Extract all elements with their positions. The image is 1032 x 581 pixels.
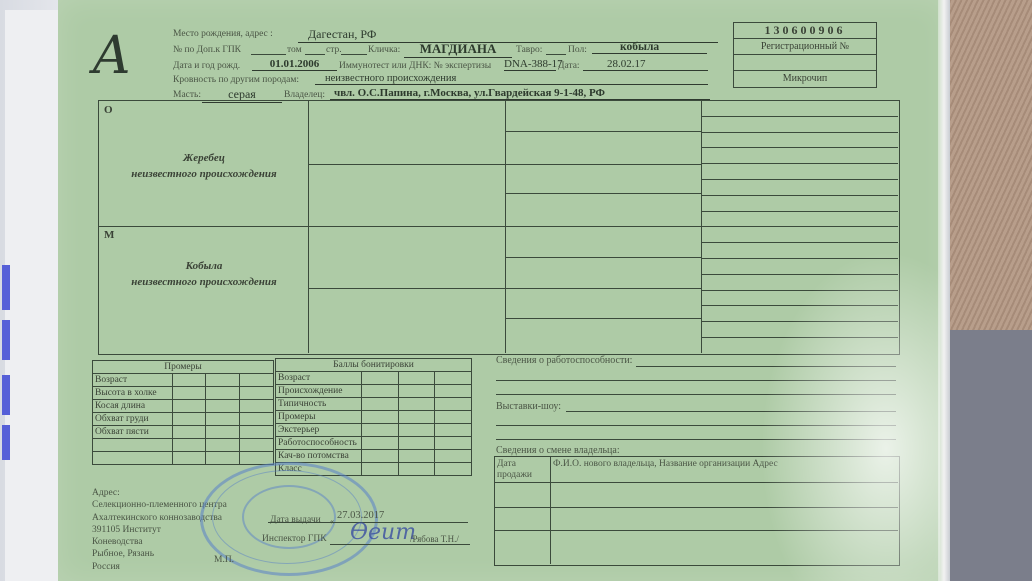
value-cell[interactable] xyxy=(362,437,399,450)
value-cell[interactable] xyxy=(362,424,399,437)
row-label: Типичность xyxy=(276,398,362,411)
value-cell[interactable] xyxy=(240,400,274,413)
grid-divider xyxy=(505,164,701,165)
table-row: Обхват пясти xyxy=(93,426,274,439)
grid-divider xyxy=(505,131,701,132)
table-row: Кач-во потомства xyxy=(276,450,472,463)
table-row: Промеры xyxy=(276,411,472,424)
blood-label: Кровность по другим породам: xyxy=(173,75,299,85)
blue-mark xyxy=(2,375,10,415)
measurements-title: Промеры xyxy=(93,361,274,374)
value-cell[interactable] xyxy=(206,374,240,387)
page-label: стр. xyxy=(326,45,342,55)
value-cell[interactable] xyxy=(435,398,472,411)
brand-label: Тавро: xyxy=(516,45,542,55)
address-line: Россия xyxy=(92,561,227,573)
birthplace-label: Место рождения, адрес : xyxy=(173,29,273,39)
value-cell[interactable] xyxy=(206,413,240,426)
measurements-table: Промеры ВозрастВысота в холкеКосая длина… xyxy=(92,360,274,465)
dna-value: DNA-388-17 xyxy=(504,58,556,71)
value-cell[interactable] xyxy=(362,385,399,398)
grid-divider xyxy=(505,288,701,289)
value-cell[interactable] xyxy=(435,411,472,424)
seal-label: М.П. xyxy=(214,555,234,565)
ownership-divider xyxy=(550,456,551,564)
value-cell[interactable] xyxy=(435,463,472,476)
value-cell[interactable] xyxy=(362,411,399,424)
grid-divider xyxy=(505,193,701,194)
value-cell[interactable] xyxy=(398,411,435,424)
sire-type: Жеребец xyxy=(100,150,308,166)
microchip-label: Микрочип xyxy=(734,71,876,86)
new-owner-header: Ф.И.О. нового владельца, Название органи… xyxy=(553,459,793,470)
issue-date-label: Дата выдачи xyxy=(270,515,321,525)
signature-icon: Ѳеит xyxy=(350,520,416,545)
value-cell[interactable] xyxy=(398,385,435,398)
dam-letter: М xyxy=(104,229,114,241)
horse-name: МАГДИАНА xyxy=(404,41,512,58)
sire-origin: неизвестного происхождения xyxy=(100,166,308,182)
blue-mark xyxy=(2,425,10,460)
table-row: Работоспособность xyxy=(276,437,472,450)
sex-label: Пол: xyxy=(568,45,587,55)
registration-box: 130600906 Регистрационный № Микрочип xyxy=(733,22,877,88)
value-cell[interactable] xyxy=(398,437,435,450)
value-cell[interactable] xyxy=(398,398,435,411)
dna-label: Иммунотест или ДНК: № экспертизы xyxy=(339,61,491,71)
value-cell[interactable] xyxy=(398,372,435,385)
blue-mark xyxy=(2,320,10,360)
value-cell[interactable] xyxy=(172,413,206,426)
grid-divider xyxy=(701,163,898,164)
value-cell[interactable] xyxy=(362,450,399,463)
sire-letter: О xyxy=(104,104,113,116)
value-cell[interactable] xyxy=(362,398,399,411)
value-cell[interactable] xyxy=(206,452,240,465)
dam-type: Кобыла xyxy=(100,258,308,274)
color-label: Масть: xyxy=(173,90,201,100)
scores-title: Баллы бонитировки xyxy=(276,359,472,372)
table-row: Происхождение xyxy=(276,385,472,398)
value-cell[interactable] xyxy=(240,439,274,452)
row-label: Возраст xyxy=(276,372,362,385)
table-row xyxy=(93,452,274,465)
owner-value: чвл. О.С.Папина, г.Москва, ул.Гвардейска… xyxy=(330,87,710,100)
shows-label: Выставки-шоу: xyxy=(496,401,561,412)
value-cell[interactable] xyxy=(206,426,240,439)
name-label: Кличка: xyxy=(368,45,400,55)
grid-divider xyxy=(505,257,701,258)
table-row: Возраст xyxy=(276,372,472,385)
value-cell[interactable] xyxy=(240,413,274,426)
sire-entry: Жеребец неизвестного происхождения xyxy=(100,150,308,182)
logo-icon: А xyxy=(92,30,131,82)
row-label xyxy=(93,439,173,452)
grid-divider xyxy=(701,211,898,212)
grid-divider xyxy=(701,116,898,117)
value-cell[interactable] xyxy=(435,372,472,385)
volume-label: том xyxy=(287,45,302,55)
value-cell[interactable] xyxy=(172,400,206,413)
value-cell[interactable] xyxy=(362,372,399,385)
row-label: Экстерьер xyxy=(276,424,362,437)
owner-label: Владелец: xyxy=(284,90,325,100)
registration-number: 130600906 xyxy=(734,23,876,39)
performance-label: Сведения о работоспособности: xyxy=(496,355,632,366)
row-label: Косая длина xyxy=(93,400,173,413)
background-shadow xyxy=(945,330,1032,581)
row-label: Высота в холке xyxy=(93,387,173,400)
value-cell[interactable] xyxy=(240,374,274,387)
row-label: Обхват груди xyxy=(93,413,173,426)
sex-value: кобыла xyxy=(592,41,707,54)
row-label: Возраст xyxy=(93,374,173,387)
value-cell[interactable] xyxy=(398,450,435,463)
value-cell[interactable] xyxy=(240,387,274,400)
date-value: 28.02.17 xyxy=(583,58,708,71)
address-line: Рыбное, Рязань xyxy=(92,548,227,560)
table-row: Возраст xyxy=(93,374,274,387)
value-cell[interactable] xyxy=(362,463,399,476)
table-row: Косая длина xyxy=(93,400,274,413)
gpk-label: № по Доп.к ГПК xyxy=(173,45,241,55)
brand-field xyxy=(546,54,566,55)
value-cell[interactable] xyxy=(206,400,240,413)
grid-divider xyxy=(701,132,898,133)
value-cell[interactable] xyxy=(398,424,435,437)
grid-divider xyxy=(701,179,898,180)
inspector-name: /Рябова Т.Н./ xyxy=(410,534,459,544)
grid-divider xyxy=(308,164,505,165)
value-cell[interactable] xyxy=(435,424,472,437)
grid-divider xyxy=(505,318,701,319)
inspector-label: Инспектор ГПК xyxy=(262,534,327,544)
date-label: Дата: xyxy=(558,61,580,71)
value-cell[interactable] xyxy=(398,463,435,476)
table-row: Экстерьер xyxy=(276,424,472,437)
plastic-sleeve xyxy=(5,10,65,581)
value-cell[interactable] xyxy=(240,426,274,439)
grid-divider xyxy=(701,147,898,148)
grid-divider xyxy=(701,242,898,243)
scores-table: Баллы бонитировки ВозрастПроисхождениеТи… xyxy=(275,358,472,476)
table-row: Обхват груди xyxy=(93,413,274,426)
row-label: Кач-во потомства xyxy=(276,450,362,463)
value-cell[interactable] xyxy=(435,450,472,463)
grid-divider xyxy=(308,288,505,289)
birthdate-label: Дата и год рожд. xyxy=(173,61,240,71)
microchip-value xyxy=(734,55,876,71)
glare xyxy=(760,250,940,581)
grid-divider xyxy=(701,226,898,227)
page-field xyxy=(341,54,367,55)
value-cell[interactable] xyxy=(435,385,472,398)
blood-value: неизвестного происхождения xyxy=(315,73,708,85)
dam-origin: неизвестного происхождения xyxy=(100,274,308,290)
value-cell[interactable] xyxy=(435,437,472,450)
ownership-title: Сведения о смене владельца: xyxy=(496,445,620,456)
birthdate-value: 01.01.2006 xyxy=(252,58,337,71)
sale-date-header: Дата продажи xyxy=(497,459,547,481)
volume-field xyxy=(305,54,325,55)
row-label xyxy=(93,452,173,465)
value-cell[interactable] xyxy=(206,387,240,400)
value-cell[interactable] xyxy=(172,452,206,465)
value-cell[interactable] xyxy=(172,387,206,400)
table-row xyxy=(93,439,274,452)
row-label: Работоспособность xyxy=(276,437,362,450)
blue-mark xyxy=(2,265,10,310)
grid-divider xyxy=(505,226,701,227)
grid-divider xyxy=(701,195,898,196)
table-row: Высота в холке xyxy=(93,387,274,400)
row-label: Обхват пясти xyxy=(93,426,173,439)
row-label: Происхождение xyxy=(276,385,362,398)
table-row: Типичность xyxy=(276,398,472,411)
gpk-field xyxy=(251,54,286,55)
value-cell[interactable] xyxy=(172,439,206,452)
value-cell[interactable] xyxy=(172,426,206,439)
value-cell[interactable] xyxy=(206,439,240,452)
value-cell[interactable] xyxy=(172,374,206,387)
dam-entry: Кобыла неизвестного происхождения xyxy=(100,258,308,290)
row-label: Промеры xyxy=(276,411,362,424)
registration-number-label: Регистрационный № xyxy=(734,39,876,55)
